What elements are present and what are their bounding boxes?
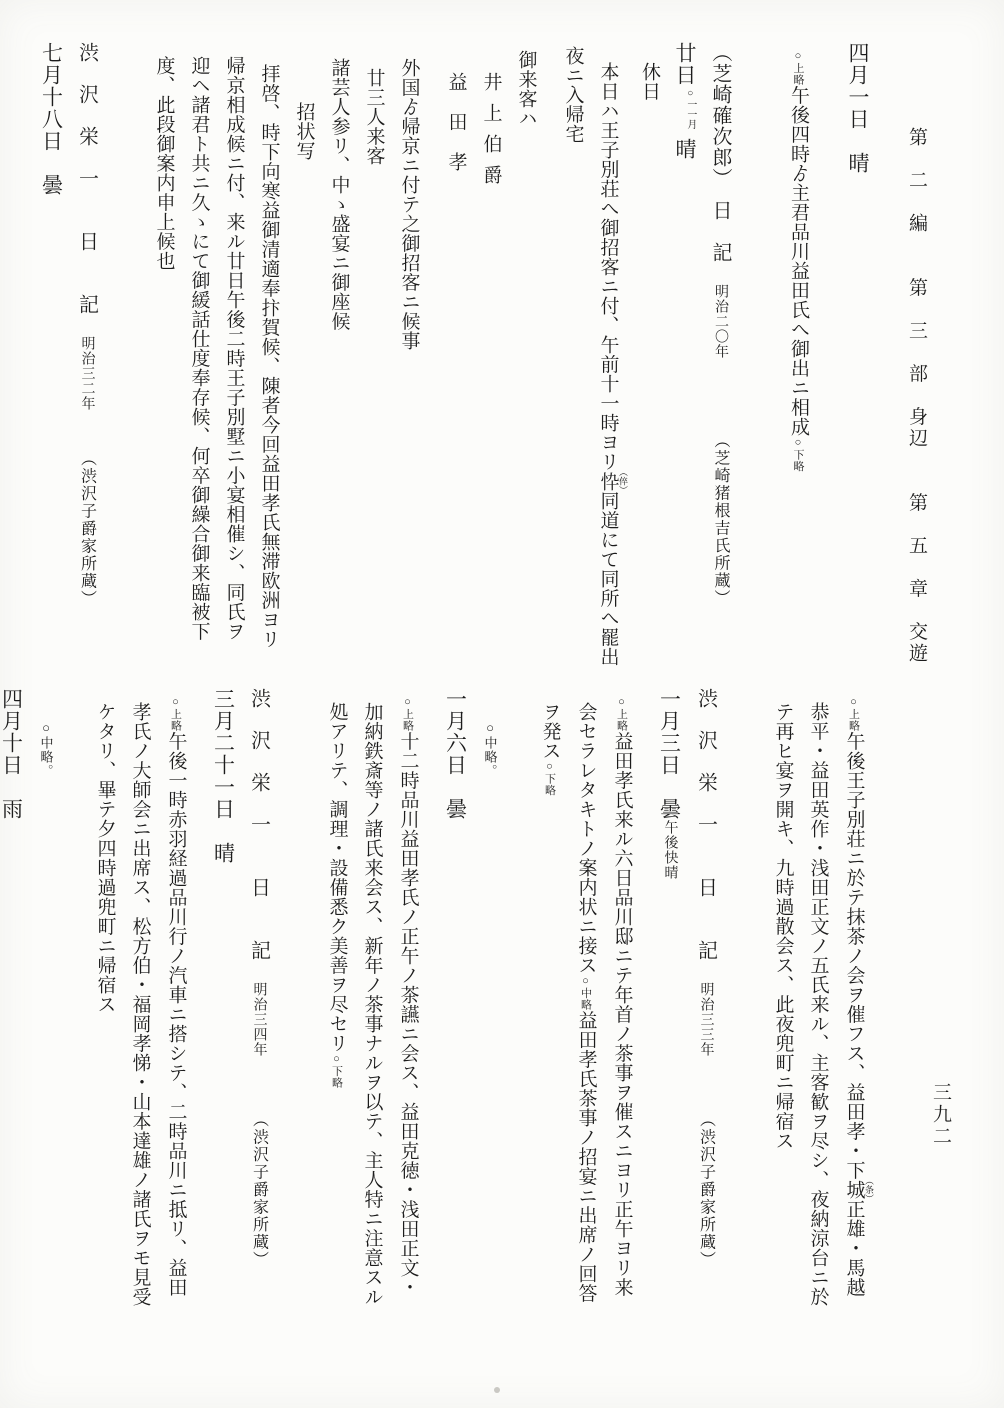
quote-line: 恭平・益田英作・浅田正文ノ五氏来ル、主客歓ヲ尽シ、夜納涼台ニ於 — [805, 688, 832, 1348]
page-number: 三九二 — [927, 1082, 954, 1148]
text-segment: 明治三三年 — [699, 982, 714, 1057]
ellipsis-note: ○上略 — [170, 696, 182, 732]
quote-line: ○上略午後一時赤羽経過品川行ノ汽車ニ搭シテ、二時品川ニ抵リ、益田 — [162, 688, 190, 1348]
text-segment: 招状写 — [294, 102, 315, 161]
source-attribution: （渋沢子爵家所蔵） — [246, 1111, 273, 1269]
text-segment: 忰（倅） — [598, 472, 619, 492]
date-line: 一月六日 曇 — [442, 688, 469, 1348]
date-line: 一月三日 曇午後快晴 — [656, 688, 684, 1348]
text-segment: 一月六日 曇 — [444, 688, 468, 820]
text-segment: 城（条） — [844, 1180, 865, 1200]
text-segment: 午後王子別荘ニ於テ抹茶ノ会ヲ催フス、益田孝・下 — [844, 732, 865, 1181]
top-text-block: 第 二 編 第 三 部 身辺 第 五 章 交遊四月一日 晴○上略午後四時ゟ主君品… — [38, 42, 931, 662]
text-segment: 拝啓、時下向寒益御清適奉抃賀候、陳者今回益田孝氏無滞欧洲ヨリ — [259, 64, 280, 649]
text-segment: 午後一時赤羽経過品川行ノ汽車ニ搭シテ、二時品川ニ抵リ、益田 — [166, 732, 187, 1298]
text-segment: 廿日 — [673, 42, 697, 86]
quote-line: 休日 — [636, 42, 663, 662]
source-heading: 渋 沢 栄 一 日 記 明治三二年（渋沢子爵家所蔵） — [73, 42, 101, 662]
source-attribution: （芝崎猪根吉氏所蔵） — [707, 432, 734, 607]
inline-annotation: （倅） — [618, 468, 628, 495]
text-segment: 休日 — [639, 62, 660, 101]
date-line: 四月一日 晴 — [844, 42, 871, 662]
scan-artifact-dot — [494, 1387, 500, 1393]
quote-line: ○上略午後四時ゟ主君品川益田氏へ御出ニ相成○下略 — [784, 42, 812, 662]
text-segment: 四月十日 雨 — [0, 688, 24, 820]
text-segment: 渋 沢 栄 一 日 記 — [76, 42, 98, 336]
quote-line: 加納鉄斎等ノ諸氏来会ス、新年ノ茶事ナルヲ以テ、主人特ニ注意スル — [359, 688, 386, 1348]
text-segment: 明治三二年 — [80, 336, 95, 411]
inline-annotation: （条） — [864, 1176, 874, 1203]
text-segment: 井上伯爵 — [481, 72, 502, 196]
text-segment: 益田孝氏来ル六日品川邸ニテ年首ノ茶事ヲ催スニヨリ正午ヨリ来 — [612, 732, 633, 1298]
text-segment: 諸芸人参リ、中ゝ盛宴ニ御座候 — [329, 58, 350, 331]
text-segment: 益田孝氏茶事ノ招宴ニ出席ノ回答 — [576, 1011, 597, 1304]
ellipsis-note: ○上略 — [402, 696, 414, 732]
ellipsis-note: ○下略 — [544, 761, 556, 797]
quote-line: ヲ発ス○下略 — [536, 688, 564, 1348]
quote-line: 夜ニ入帰宅 — [560, 42, 587, 662]
quote-line: ケタリ、畢テ夕四時過兜町ニ帰宿ス — [92, 688, 119, 1348]
text-segment: 午後四時ゟ主君品川益田氏へ御出ニ相成 — [788, 86, 809, 437]
source-heading: 渋 沢 栄 一 日 記 明治三三年（渋沢子爵家所蔵） — [692, 688, 720, 1348]
text-segment: 会セラレタキトノ案内状ニ接ス — [576, 702, 597, 975]
quote-line: ○上略十二時品川益田孝氏ノ正午ノ茶讌ニ会ス、益田克徳・浅田正文・ — [394, 688, 422, 1348]
text-segment: 明治二〇年 — [713, 284, 728, 359]
quote-line: 招状写 — [291, 42, 318, 662]
quote-line: 迎ヘ諸君ト共ニ久ゝにて御緩話仕度奉存候、何卒御繰合御来臨被下 — [186, 42, 213, 662]
text-segment: 晴 — [673, 116, 697, 160]
ellipsis-note: ○下略 — [792, 437, 804, 473]
text-segment: 外国ゟ帰京ニ付テ之御招客ニ候事 — [399, 58, 420, 351]
text-segment: テ再ヒ宴ヲ開キ、九時過散会ス、此夜兜町ニ帰宿ス — [773, 702, 794, 1151]
text-segment: 十二時品川益田孝氏ノ正午ノ茶讌ニ会ス、益田克徳・浅田正文・ — [398, 732, 419, 1298]
text-segment: 廿三人来客 — [364, 68, 385, 166]
book-page: 第 二 編 第 三 部 身辺 第 五 章 交遊四月一日 晴○上略午後四時ゟ主君品… — [0, 0, 1004, 1408]
text-segment: ヲ発ス — [540, 702, 561, 761]
ellipsis-note: ○中略 — [580, 975, 592, 1011]
text-segment: 孝氏ノ大師会ニ出席ス、松方伯・福岡孝悌・山本達雄ノ諸氏ヲモ見受 — [130, 702, 151, 1307]
ellipsis-note: ○中略。 — [39, 720, 54, 778]
text-segment: 一月三日 曇 — [658, 688, 682, 820]
ellipsis-note: ○上略 — [616, 696, 628, 732]
text-segment: 益田孝 — [446, 72, 467, 192]
ellipsis-line: ○中略。 — [33, 688, 60, 1348]
text-segment: ケタリ、畢テ夕四時過兜町ニ帰宿ス — [95, 702, 116, 1014]
quote-line: テ再ヒ宴ヲ開キ、九時過散会ス、此夜兜町ニ帰宿ス — [770, 688, 797, 1348]
text-segment: 加納鉄斎等ノ諸氏来会ス、新年ノ茶事ナルヲ以テ、主人特ニ注意スル — [362, 702, 383, 1307]
quote-line: ○上略午後王子別荘ニ於テ抹茶ノ会ヲ催フス、益田孝・下城（条）正雄・馬越 — [840, 688, 875, 1348]
text-segment: 夜ニ入帰宅 — [563, 46, 584, 144]
quote-line: ○上略益田孝氏来ル六日品川邸ニテ年首ノ茶事ヲ催スニヨリ正午ヨリ来 — [608, 688, 636, 1348]
text-segment: 恭平・益田英作・浅田正文ノ五氏来ル、主客歓ヲ尽シ、夜納涼台ニ於 — [808, 702, 829, 1307]
source-heading: （芝崎確次郎） 日 記 明治二〇年（芝崎猪根吉氏所蔵） — [706, 42, 734, 662]
source-heading: 渋 沢 栄 一 日 記 明治三四年（渋沢子爵家所蔵） — [245, 688, 273, 1348]
quote-line: 外国ゟ帰京ニ付テ之御招客ニ候事 — [396, 42, 423, 662]
text-segment: 渋 沢 栄 一 日 記 — [248, 688, 270, 982]
text-segment: 七月十八日 曇 — [40, 42, 64, 196]
quote-line: 益田孝 — [443, 42, 470, 662]
quote-line: 廿三人来客 — [361, 42, 388, 662]
text-segment: 度、此段御案内申上候也 — [154, 56, 175, 271]
text-segment: （芝崎確次郎） 日 記 — [709, 42, 731, 284]
ellipsis-note: ○中略。 — [483, 720, 498, 778]
text-segment: 御来客ハ — [516, 50, 537, 128]
quote-line: 処アリテ、調理・設備悉ク美善ヲ尽セリ○下略 — [323, 688, 351, 1348]
date-line: 三月二十一日 晴 — [210, 688, 237, 1348]
quote-line: 孝氏ノ大師会ニ出席ス、松方伯・福岡孝悌・山本達雄ノ諸氏ヲモ見受 — [127, 688, 154, 1348]
text-segment: 明治三四年 — [252, 982, 267, 1057]
date-line: 七月十八日 曇 — [38, 42, 65, 662]
ellipsis-note: ○上略 — [848, 696, 860, 732]
quote-line: 度、此段御案内申上候也 — [151, 42, 178, 662]
quote-line: 拝啓、時下向寒益御清適奉抃賀候、陳者今回益田孝氏無滞欧洲ヨリ — [256, 42, 283, 662]
quote-line: 会セラレタキトノ案内状ニ接ス○中略益田孝氏茶事ノ招宴ニ出席ノ回答 — [572, 688, 600, 1348]
section-header: 第 二 編 第 三 部 身辺 第 五 章 交遊 — [903, 42, 930, 662]
text-segment: 渋 沢 栄 一 日 記 — [695, 688, 717, 982]
quote-line: 本日ハ王子別荘へ御招客ニ付、午前十一時ヨリ忰（倅）同道にて同所へ罷出 — [595, 42, 629, 662]
date-line: 廿日○一一月 晴 — [671, 42, 698, 662]
quote-line: 諸芸人参リ、中ゝ盛宴ニ御座候 — [326, 42, 353, 662]
date-line: 四月十日 雨 — [0, 688, 25, 1348]
quote-line: 帰京相成候ニ付、来ル廿日午後二時王子別墅ニ小宴相催シ、同氏ヲ — [221, 42, 248, 662]
source-attribution: （渋沢子爵家所蔵） — [693, 1111, 720, 1269]
text-segment: 同道にて同所へ罷出 — [598, 491, 619, 667]
ellipsis-note: ○上略 — [792, 50, 804, 86]
text-segment: 本日ハ王子別荘へ御招客ニ付、午前十一時ヨリ — [598, 62, 619, 472]
text-segment: 午後快晴 — [663, 820, 678, 880]
text-segment: 正雄・馬越 — [844, 1200, 865, 1298]
text-segment: 三月二十一日 晴 — [212, 688, 236, 864]
text-segment: 第 二 編 第 三 部 身辺 第 五 章 交遊 — [906, 127, 927, 665]
text-segment: 帰京相成候ニ付、来ル廿日午後二時王子別墅ニ小宴相催シ、同氏ヲ — [224, 56, 245, 641]
ellipsis-line: ○中略。 — [477, 688, 504, 1348]
ellipsis-note: ○下略 — [331, 1053, 343, 1089]
quote-line: 井上伯爵 — [478, 42, 505, 662]
quote-line: 御来客ハ — [513, 42, 540, 662]
bottom-text-block: ○上略午後王子別荘ニ於テ抹茶ノ会ヲ催フス、益田孝・下城（条）正雄・馬越恭平・益田… — [0, 688, 874, 1348]
text-segment: 四月一日 晴 — [846, 42, 870, 174]
text-segment: 処アリテ、調理・設備悉ク美善ヲ尽セリ — [327, 702, 348, 1053]
text-segment: 迎ヘ諸君ト共ニ久ゝにて御緩話仕度奉存候、何卒御繰合御来臨被下 — [189, 56, 210, 641]
source-attribution: （渋沢子爵家所蔵） — [74, 450, 101, 608]
warichu-note: ○一一月 — [684, 88, 696, 114]
